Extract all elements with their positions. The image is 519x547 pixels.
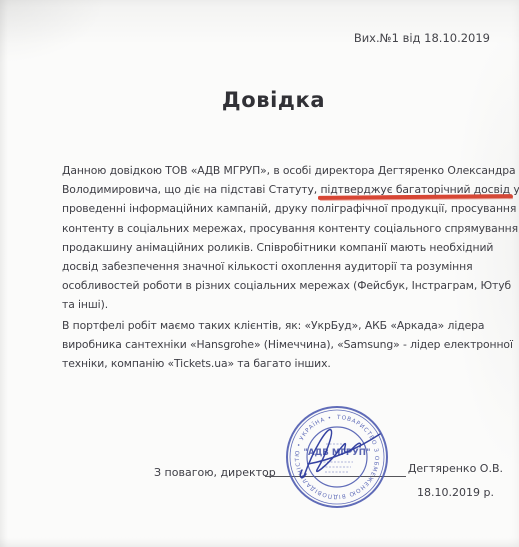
text-line: особливостей роботи в різних соціальних … — [62, 276, 519, 295]
text-line: виробника сантехніки «Hansgrohe» (Німечч… — [62, 335, 513, 354]
signer-block: Дегтяренко О.В. 18.10.2019 р. — [408, 462, 503, 499]
text-line: техніки, компанію «Tickets.ua» та багато… — [62, 354, 513, 373]
red-underlined-phrase: підтверджує багаторічний досвід у — [320, 183, 519, 196]
text-line: досвід забезпечення значної кількості ох… — [62, 257, 519, 276]
paragraph-client-portfolio: В портфелі робіт маємо таких клієнтів, я… — [62, 316, 513, 374]
outgoing-reference: Вих.№1 від 18.10.2019 — [354, 31, 490, 45]
text-line: контенту в соціальних мережах, просуванн… — [62, 219, 519, 238]
text-line: Володимировича, що діє на підставі Стату… — [62, 180, 519, 199]
scanned-document-page: Вих.№1 від 18.10.2019 Довідка Данною дов… — [0, 0, 519, 547]
closing-salutation: З повагою, директор — [154, 466, 276, 479]
company-stamp-icon: ТОВАРИСТВО З ОБМЕЖЕНОЮ ВІДПОВІДАЛЬНІСТЮ … — [284, 404, 390, 510]
text-line: В портфелі робіт маємо таких клієнтів, я… — [62, 316, 513, 335]
signer-name: Дегтяренко О.В. — [408, 462, 503, 475]
text-segment: Володимировича, що діє на підставі Стату… — [62, 183, 320, 196]
text-line: проведенні інформаційних кампаній, друку… — [62, 199, 519, 218]
signature-date: 18.10.2019 р. — [408, 486, 503, 499]
document-title: Довідка — [14, 88, 519, 112]
text-line: продакшину анімаційних роликів. Співробі… — [62, 238, 519, 257]
text-line: Данною довідкою ТОВ «АДВ МГРУП», в особі… — [62, 161, 519, 180]
paragraph-company-experience: Данною довідкою ТОВ «АДВ МГРУП», в особі… — [62, 161, 519, 315]
text-line: та інші). — [62, 295, 519, 314]
